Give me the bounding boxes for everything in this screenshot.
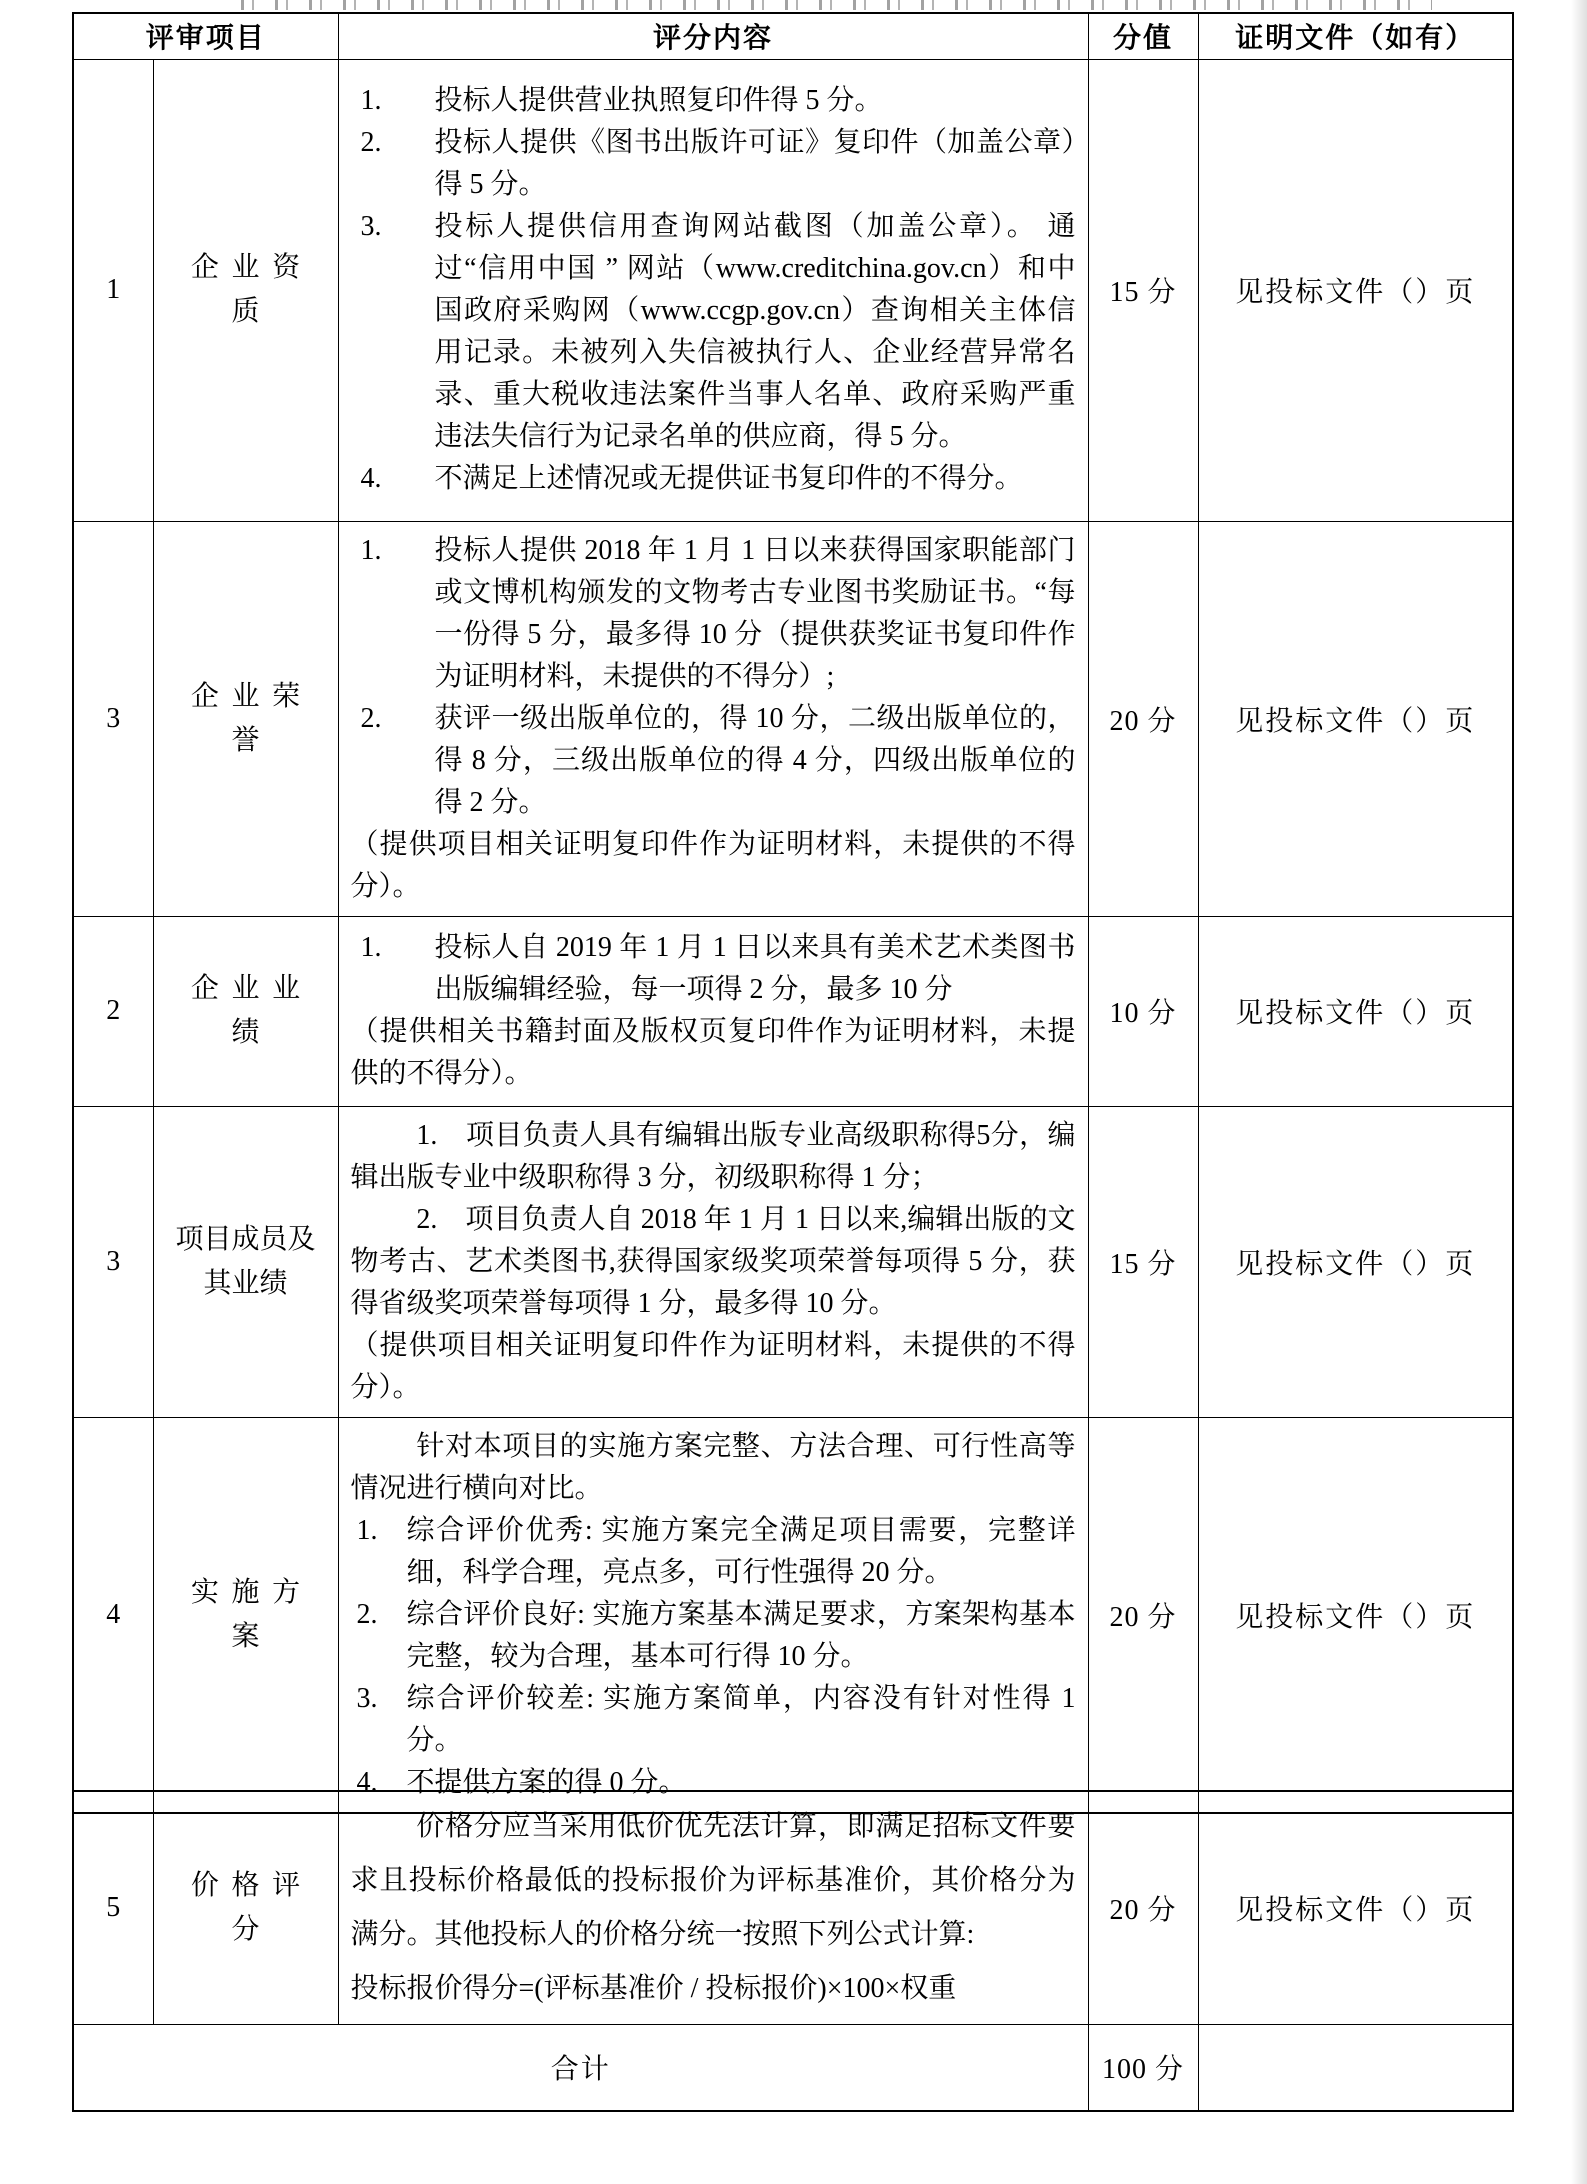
list-item-number: 1. (357, 1510, 378, 1552)
list-item-text: 综合评价较差: 实施方案简单，内容没有针对性得 1 分。 (407, 1683, 1076, 1756)
list-item-text: 综合评价优秀: 实施方案完全满足项目需要，完整详细，科学合理，亮点多，可行性强得… (407, 1515, 1076, 1588)
row-score: 15 分 (1088, 59, 1198, 521)
content-list-item: 2.获评一级出版单位的，得 10 分，二级出版单位的，得 8 分，三级出版单位的… (351, 698, 1076, 824)
row-score: 20 分 (1088, 521, 1198, 916)
list-item-number: 1. (361, 927, 382, 969)
cropped-text-remnant (232, 0, 1432, 10)
row-proof: 见投标文件（）页 (1198, 1106, 1513, 1417)
list-item-number: 1. (361, 80, 382, 122)
row-scoring-content: 1.投标人提供营业执照复印件得 5 分。2.投标人提供《图书出版许可证》复印件（… (338, 59, 1088, 521)
row-proof: 见投标文件（）页 (1198, 521, 1513, 916)
list-item-text: 投标人自 2019 年 1 月 1 日以来具有美术艺术类图书出版编辑经验，每一项… (435, 932, 1076, 1005)
row-number: 3 (73, 1106, 153, 1417)
content-paragraph: 投标报价得分=(评标基准价 / 投标报价)×100×权重 (351, 1962, 1076, 2016)
row-scoring-content: 1.投标人自 2019 年 1 月 1 日以来具有美术艺术类图书出版编辑经验，每… (338, 916, 1088, 1106)
row-item-label: 企业业绩 (153, 916, 338, 1106)
row-item-label: 项目成员及 其业绩 (153, 1106, 338, 1417)
content-paragraph: 1. 项目负责人具有编辑出版专业高级职称得5分，编辑出版专业中级职称得 3 分，… (351, 1115, 1076, 1199)
total-row: 合计 100 分 (73, 2025, 1513, 2111)
table-row: 1企业资质1.投标人提供营业执照复印件得 5 分。2.投标人提供《图书出版许可证… (73, 59, 1513, 521)
row-proof: 见投标文件（）页 (1198, 59, 1513, 521)
list-item-number: 4. (361, 458, 382, 500)
content-list-item: 3.投标人提供信用查询网站截图（加盖公章）。 通过“信用中国 ” 网站（www.… (351, 206, 1076, 458)
row-number: 2 (73, 916, 153, 1106)
document-page: 评审项目 评分内容 分值 证明文件（如有） 1企业资质1.投标人提供营业执照复印… (0, 0, 1587, 2184)
header-proof-documents: 证明文件（如有） (1198, 13, 1513, 59)
list-item-number: 2. (361, 122, 382, 164)
evaluation-criteria-table: 评审项目 评分内容 分值 证明文件（如有） 1企业资质1.投标人提供营业执照复印… (72, 12, 1514, 1814)
list-item-number: 3. (361, 206, 382, 248)
row-item-label: 企业资质 (153, 59, 338, 521)
content-paragraph: 2. 项目负责人自 2018 年 1 月 1 日以来,编辑出版的文物考古、艺术类… (351, 1199, 1076, 1325)
row-scoring-content: 1. 项目负责人具有编辑出版专业高级职称得5分，编辑出版专业中级职称得 3 分，… (338, 1106, 1088, 1417)
list-item-text: 投标人提供信用查询网站截图（加盖公章）。 通过“信用中国 ” 网站（www.cr… (435, 211, 1076, 452)
content-paragraph: 针对本项目的实施方案完整、方法合理、可行性高等情况进行横向对比。 (351, 1426, 1076, 1510)
row-item-label: 价格评分 (153, 1791, 338, 2025)
list-item-number: 2. (361, 698, 382, 740)
total-score: 100 分 (1088, 2025, 1198, 2111)
content-list-item: 4.不满足上述情况或无提供证书复印件的不得分。 (351, 458, 1076, 500)
table-row: 2企业业绩1.投标人自 2019 年 1 月 1 日以来具有美术艺术类图书出版编… (73, 916, 1513, 1106)
row-score: 20 分 (1088, 1417, 1198, 1813)
total-proof (1198, 2025, 1513, 2111)
list-item-text: 投标人提供《图书出版许可证》复印件（加盖公章）得 5 分。 (435, 127, 1076, 200)
list-item-text: 投标人提供 2018 年 1 月 1 日以来获得国家职能部门或文博机构颁发的文物… (435, 535, 1076, 692)
row-score: 20 分 (1088, 1791, 1198, 2025)
content-list-item: 1.投标人自 2019 年 1 月 1 日以来具有美术艺术类图书出版编辑经验，每… (351, 927, 1076, 1011)
scan-edge-shadow (1571, 0, 1587, 2184)
row-number: 4 (73, 1417, 153, 1813)
table-row: 3企业荣誉1.投标人提供 2018 年 1 月 1 日以来获得国家职能部门或文博… (73, 521, 1513, 916)
list-item-text: 综合评价良好: 实施方案基本满足要求，方案架构基本完整，较为合理，基本可行得 1… (407, 1599, 1076, 1672)
list-item-number: 1. (361, 530, 382, 572)
content-list-item: 1.综合评价优秀: 实施方案完全满足项目需要，完整详细，科学合理，亮点多，可行性… (351, 1510, 1076, 1594)
row-number: 5 (73, 1791, 153, 2025)
content-paragraph: 价格分应当采用低价优先法计算，即满足招标文件要求且投标价格最低的投标报价为评标基… (351, 1800, 1076, 1962)
total-label: 合计 (73, 2025, 1088, 2111)
content-list-item: 1.投标人提供营业执照复印件得 5 分。 (351, 80, 1076, 122)
content-list-item: 3.综合评价较差: 实施方案简单，内容没有针对性得 1 分。 (351, 1678, 1076, 1762)
table-row: 3项目成员及 其业绩1. 项目负责人具有编辑出版专业高级职称得5分，编辑出版专业… (73, 1106, 1513, 1417)
row-item-label: 企业荣誉 (153, 521, 338, 916)
content-paragraph: （提供项目相关证明复印件作为证明材料，未提供的不得分）。 (351, 824, 1076, 908)
row-number: 1 (73, 59, 153, 521)
row-scoring-content: 针对本项目的实施方案完整、方法合理、可行性高等情况进行横向对比。1.综合评价优秀… (338, 1417, 1088, 1813)
row-proof: 见投标文件（）页 (1198, 1417, 1513, 1813)
content-paragraph: （提供相关书籍封面及版权页复印件作为证明材料，未提供的不得分）。 (351, 1011, 1076, 1095)
row-proof: 见投标文件（）页 (1198, 1791, 1513, 2025)
row-item-label: 实施方案 (153, 1417, 338, 1813)
list-item-number: 2. (357, 1594, 378, 1636)
header-scoring-content: 评分内容 (338, 13, 1088, 59)
table-header-row: 评审项目 评分内容 分值 证明文件（如有） (73, 13, 1513, 59)
row-number: 3 (73, 521, 153, 916)
content-list-item: 1.投标人提供 2018 年 1 月 1 日以来获得国家职能部门或文博机构颁发的… (351, 530, 1076, 698)
header-score-value: 分值 (1088, 13, 1198, 59)
row-scoring-content: 价格分应当采用低价优先法计算，即满足招标文件要求且投标价格最低的投标报价为评标基… (338, 1791, 1088, 2025)
list-item-text: 获评一级出版单位的，得 10 分，二级出版单位的，得 8 分，三级出版单位的得 … (435, 703, 1076, 818)
content-paragraph: （提供项目相关证明复印件作为证明材料，未提供的不得分）。 (351, 1325, 1076, 1409)
row-score: 15 分 (1088, 1106, 1198, 1417)
price-evaluation-table: 5价格评分价格分应当采用低价优先法计算，即满足招标文件要求且投标价格最低的投标报… (72, 1790, 1514, 2112)
list-item-text: 投标人提供营业执照复印件得 5 分。 (435, 85, 883, 116)
row-scoring-content: 1.投标人提供 2018 年 1 月 1 日以来获得国家职能部门或文博机构颁发的… (338, 521, 1088, 916)
table-row: 5价格评分价格分应当采用低价优先法计算，即满足招标文件要求且投标价格最低的投标报… (73, 1791, 1513, 2025)
row-proof: 见投标文件（）页 (1198, 916, 1513, 1106)
content-list-item: 2.投标人提供《图书出版许可证》复印件（加盖公章）得 5 分。 (351, 122, 1076, 206)
table-row: 4实施方案针对本项目的实施方案完整、方法合理、可行性高等情况进行横向对比。1.综… (73, 1417, 1513, 1813)
content-list-item: 2.综合评价良好: 实施方案基本满足要求，方案架构基本完整，较为合理，基本可行得… (351, 1594, 1076, 1678)
row-score: 10 分 (1088, 916, 1198, 1106)
list-item-number: 3. (357, 1678, 378, 1720)
list-item-text: 不满足上述情况或无提供证书复印件的不得分。 (435, 463, 1023, 494)
header-evaluation-item: 评审项目 (73, 13, 338, 59)
